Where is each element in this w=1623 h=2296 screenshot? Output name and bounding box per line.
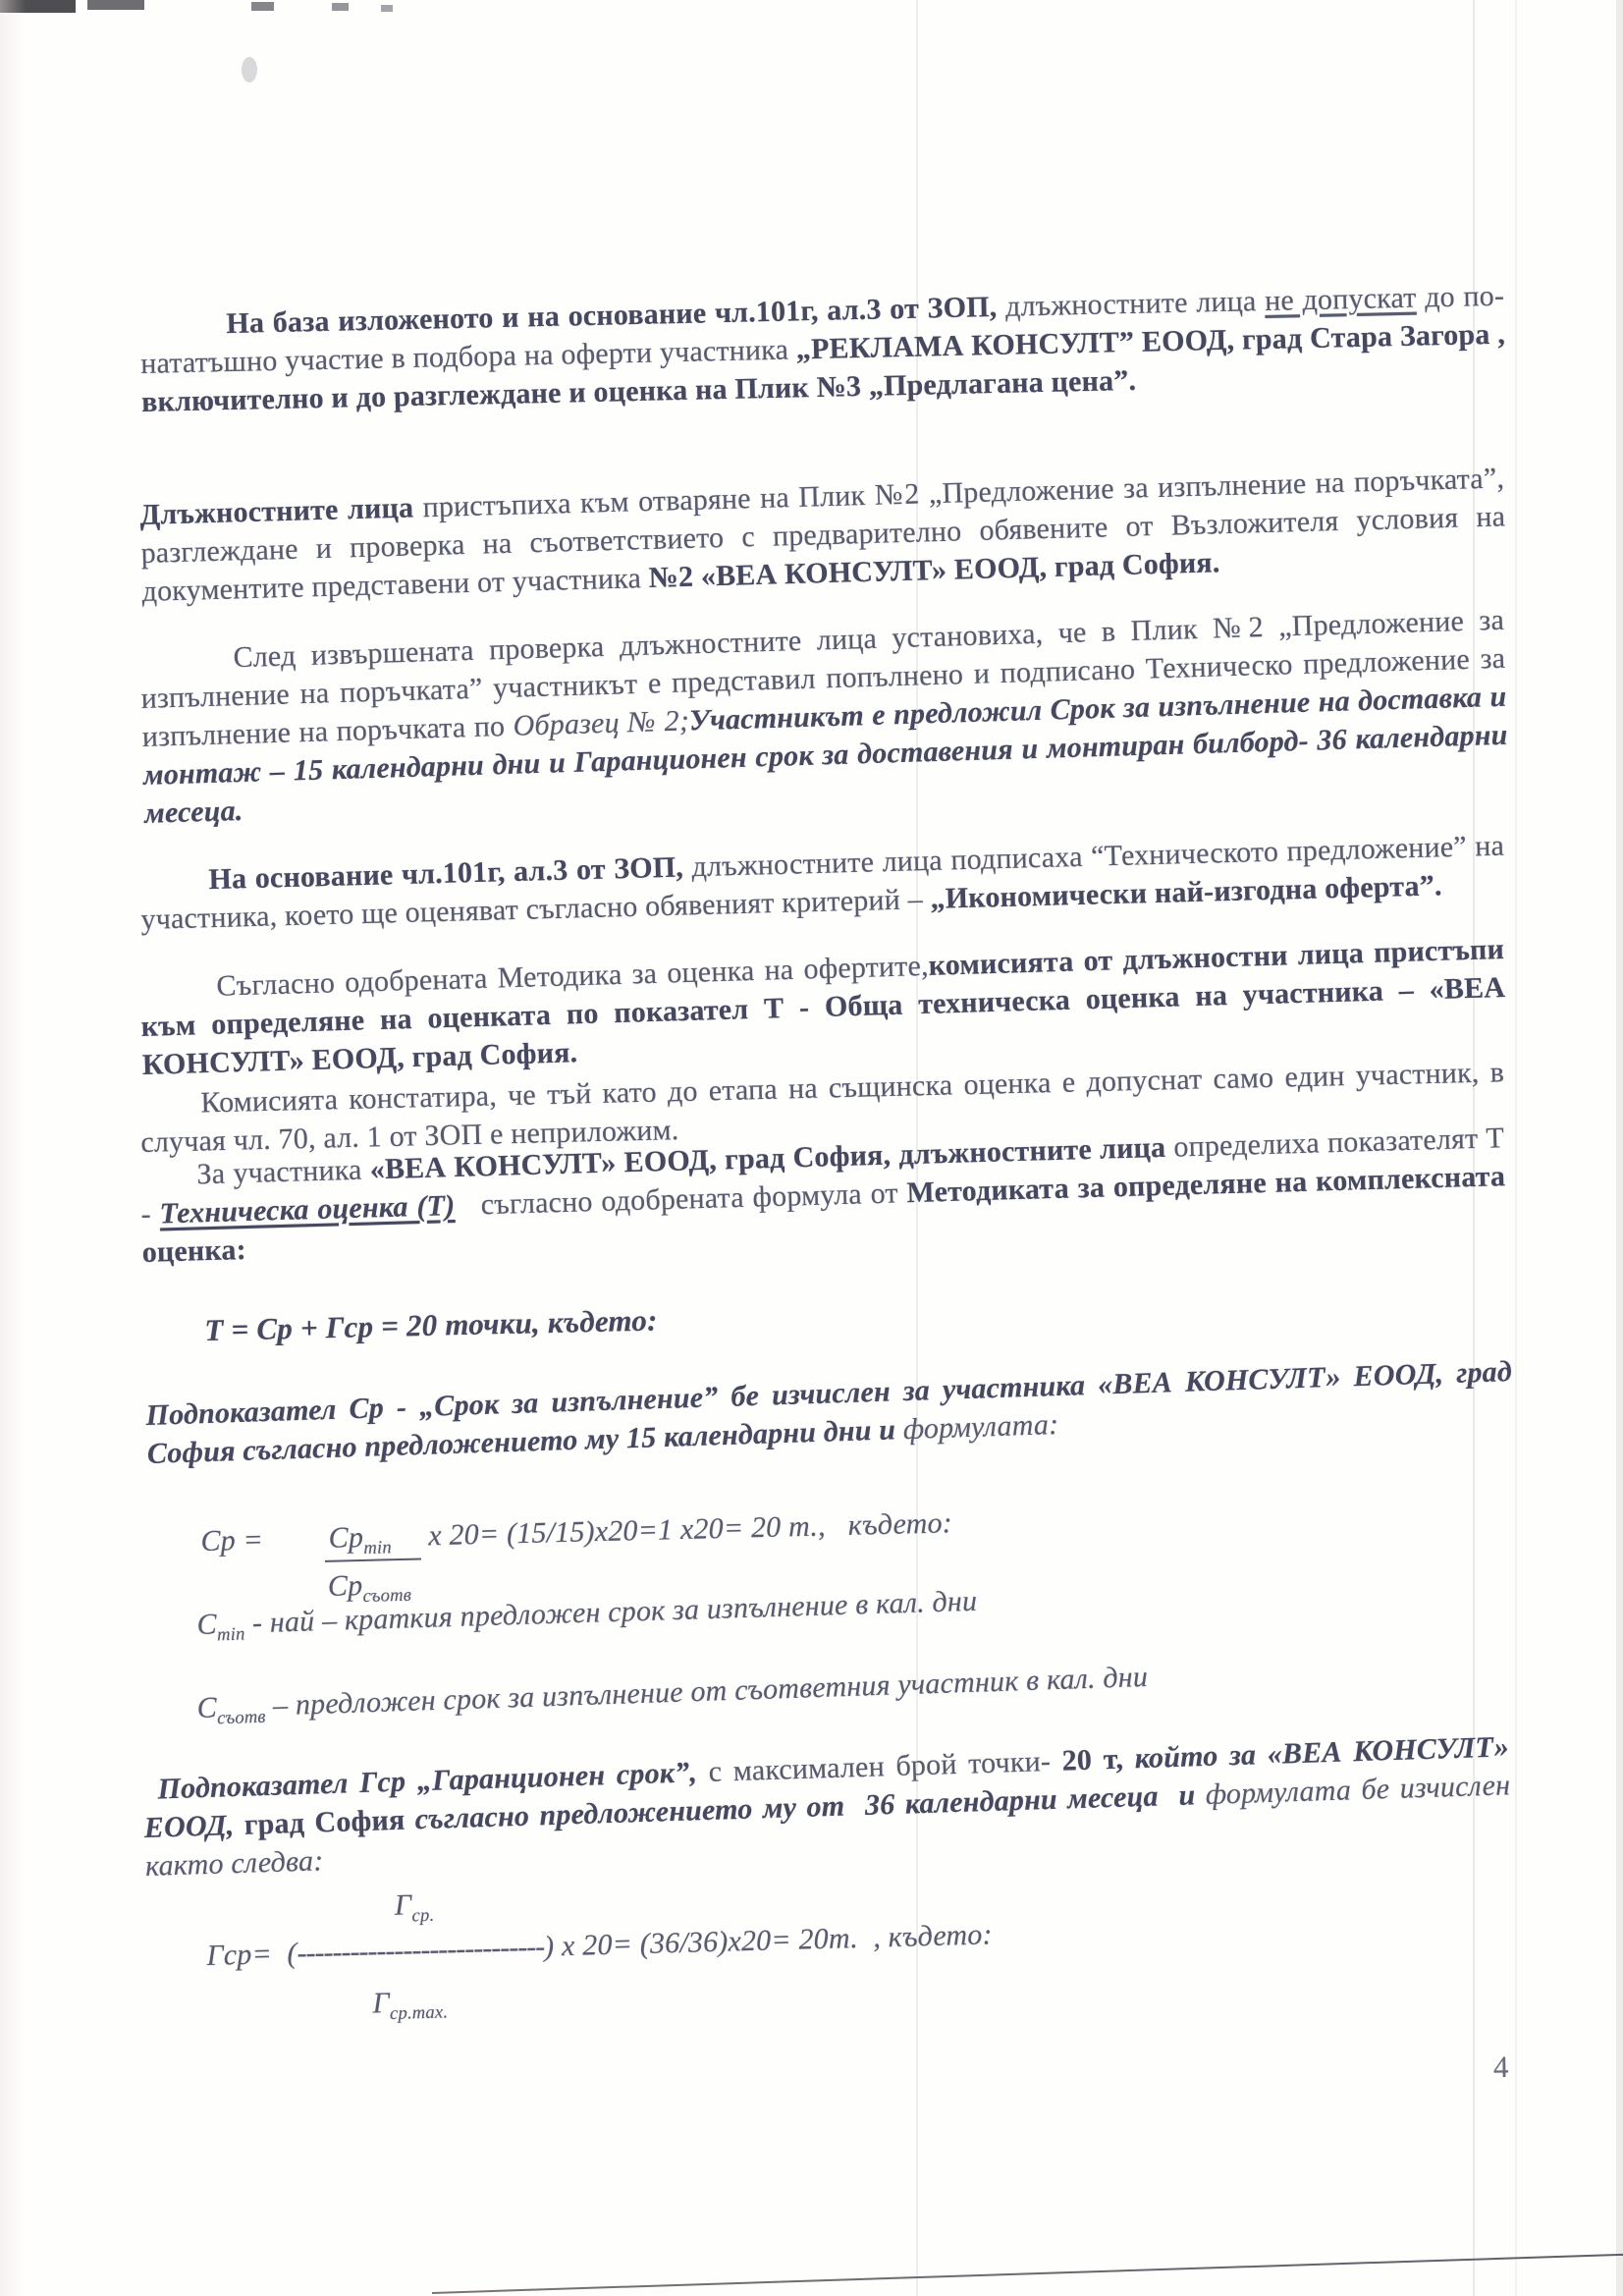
paragraph-technical-proposal-check: След извършената проверка длъжностните л… [139, 601, 1509, 833]
text-run: ---------------------------- [297, 1931, 545, 1970]
text-run: Ср [328, 1521, 363, 1555]
text-run: min [217, 1624, 245, 1646]
paragraph-subindicator-sr: Подпоказател Ср - „Срок за изпълнение” б… [145, 1352, 1514, 1473]
text-run: min [363, 1537, 392, 1558]
scan-artifact-blob [242, 57, 257, 82]
fraction: СрminСрсъотв [324, 1517, 421, 1562]
paragraph-subindicator-gsr: Подпоказател Гср „Гаранционен срок”, с м… [142, 1727, 1512, 1886]
text-run: град София [243, 1803, 415, 1840]
scan-artifact-top-edge [87, 0, 144, 10]
paragraph-envelope2-opening: Длъжностните лица пристъпиха към отварян… [139, 459, 1507, 611]
formula-total-score: Т = Ср + Гср = 20 точки, където: [204, 1289, 1167, 1349]
text-run: формулата: [902, 1408, 1059, 1446]
text-run: Техническа оценка (Т) [159, 1189, 456, 1230]
text-run: С [196, 1608, 217, 1641]
text-run: Г [394, 1888, 411, 1921]
formula-sr: Ср = СрminСрсъотв х 20= (15/15)х20=1 х20… [200, 1493, 1419, 1565]
text-run: х 20= (15/15)х20=1 х20= 20 т., където: [420, 1506, 952, 1552]
scan-paper-bottom-edge [432, 2251, 1623, 2294]
scan-paper-left-edge [0, 0, 26, 2296]
text-run: Длъжностните лица [139, 491, 423, 531]
definition-csootv: Ссъотв – предложен срок за изпълнение от… [196, 1647, 1484, 1727]
text-run: Г [372, 1987, 390, 2019]
text-run: За участника [196, 1153, 370, 1190]
text-run: „РЕКЛАМА КОНСУЛТ” ЕООД, град Стара Загор… [795, 318, 1489, 365]
scan-artifact-top-edge [251, 2, 274, 11]
document-page: На база изложеното и на основание чл.101… [0, 0, 1623, 2296]
text-run: „Икономически най-изгодна оферта”. [930, 869, 1442, 915]
text-run: Подпоказател Ср - „Срок за изпълнение” б… [145, 1355, 1512, 1470]
scan-artifact-top-edge [381, 5, 393, 12]
text-run: съотв [217, 1707, 266, 1729]
text-run: длъжностните лица [997, 285, 1265, 323]
formula-gsr: Гср= (Гср.----------------------------Гс… [206, 1902, 1484, 1975]
scan-paper-right-edge [1616, 0, 1623, 2296]
text-run: 20 т, [1061, 1742, 1135, 1777]
paragraph-rejection-reklama-konsult: На база изложеното и на основание чл.101… [139, 277, 1506, 421]
text-run: – предложен срок за изпълнение от съотве… [265, 1661, 1149, 1722]
text-run: ср.max. [390, 2001, 449, 2024]
text-run: Ср = [200, 1523, 271, 1558]
scan-artifact-top-edge [332, 3, 349, 11]
text-run: с максимален брой точки- [708, 1745, 1062, 1788]
page-number: 4 [1493, 2050, 1509, 2085]
text-run: ср. [411, 1905, 434, 1927]
text-run: ) х 20= (36/36)х20= 20т. , където: [544, 1918, 993, 1962]
text-run: Гср= ( [206, 1938, 298, 1972]
text-run: Образец № 2; [513, 704, 689, 741]
text-run: Ср [327, 1569, 362, 1603]
text-run: С [196, 1691, 217, 1724]
text-run: съгласно одобрената формула от [455, 1176, 907, 1222]
text-run: не допускат [1265, 282, 1417, 317]
paragraph-signing-technical-proposal: На основание чл.101г, ал.3 от ЗОП, длъжн… [139, 827, 1506, 939]
scan-fold-line [1515, 0, 1517, 2296]
text-run: На основание чл.101г, ал.3 от ЗОП, [208, 851, 683, 897]
stacked-fraction: Гср.----------------------------Гср.max. [297, 1928, 545, 1973]
text-run: Т = Ср + Гср = 20 точки, където: [204, 1303, 658, 1347]
